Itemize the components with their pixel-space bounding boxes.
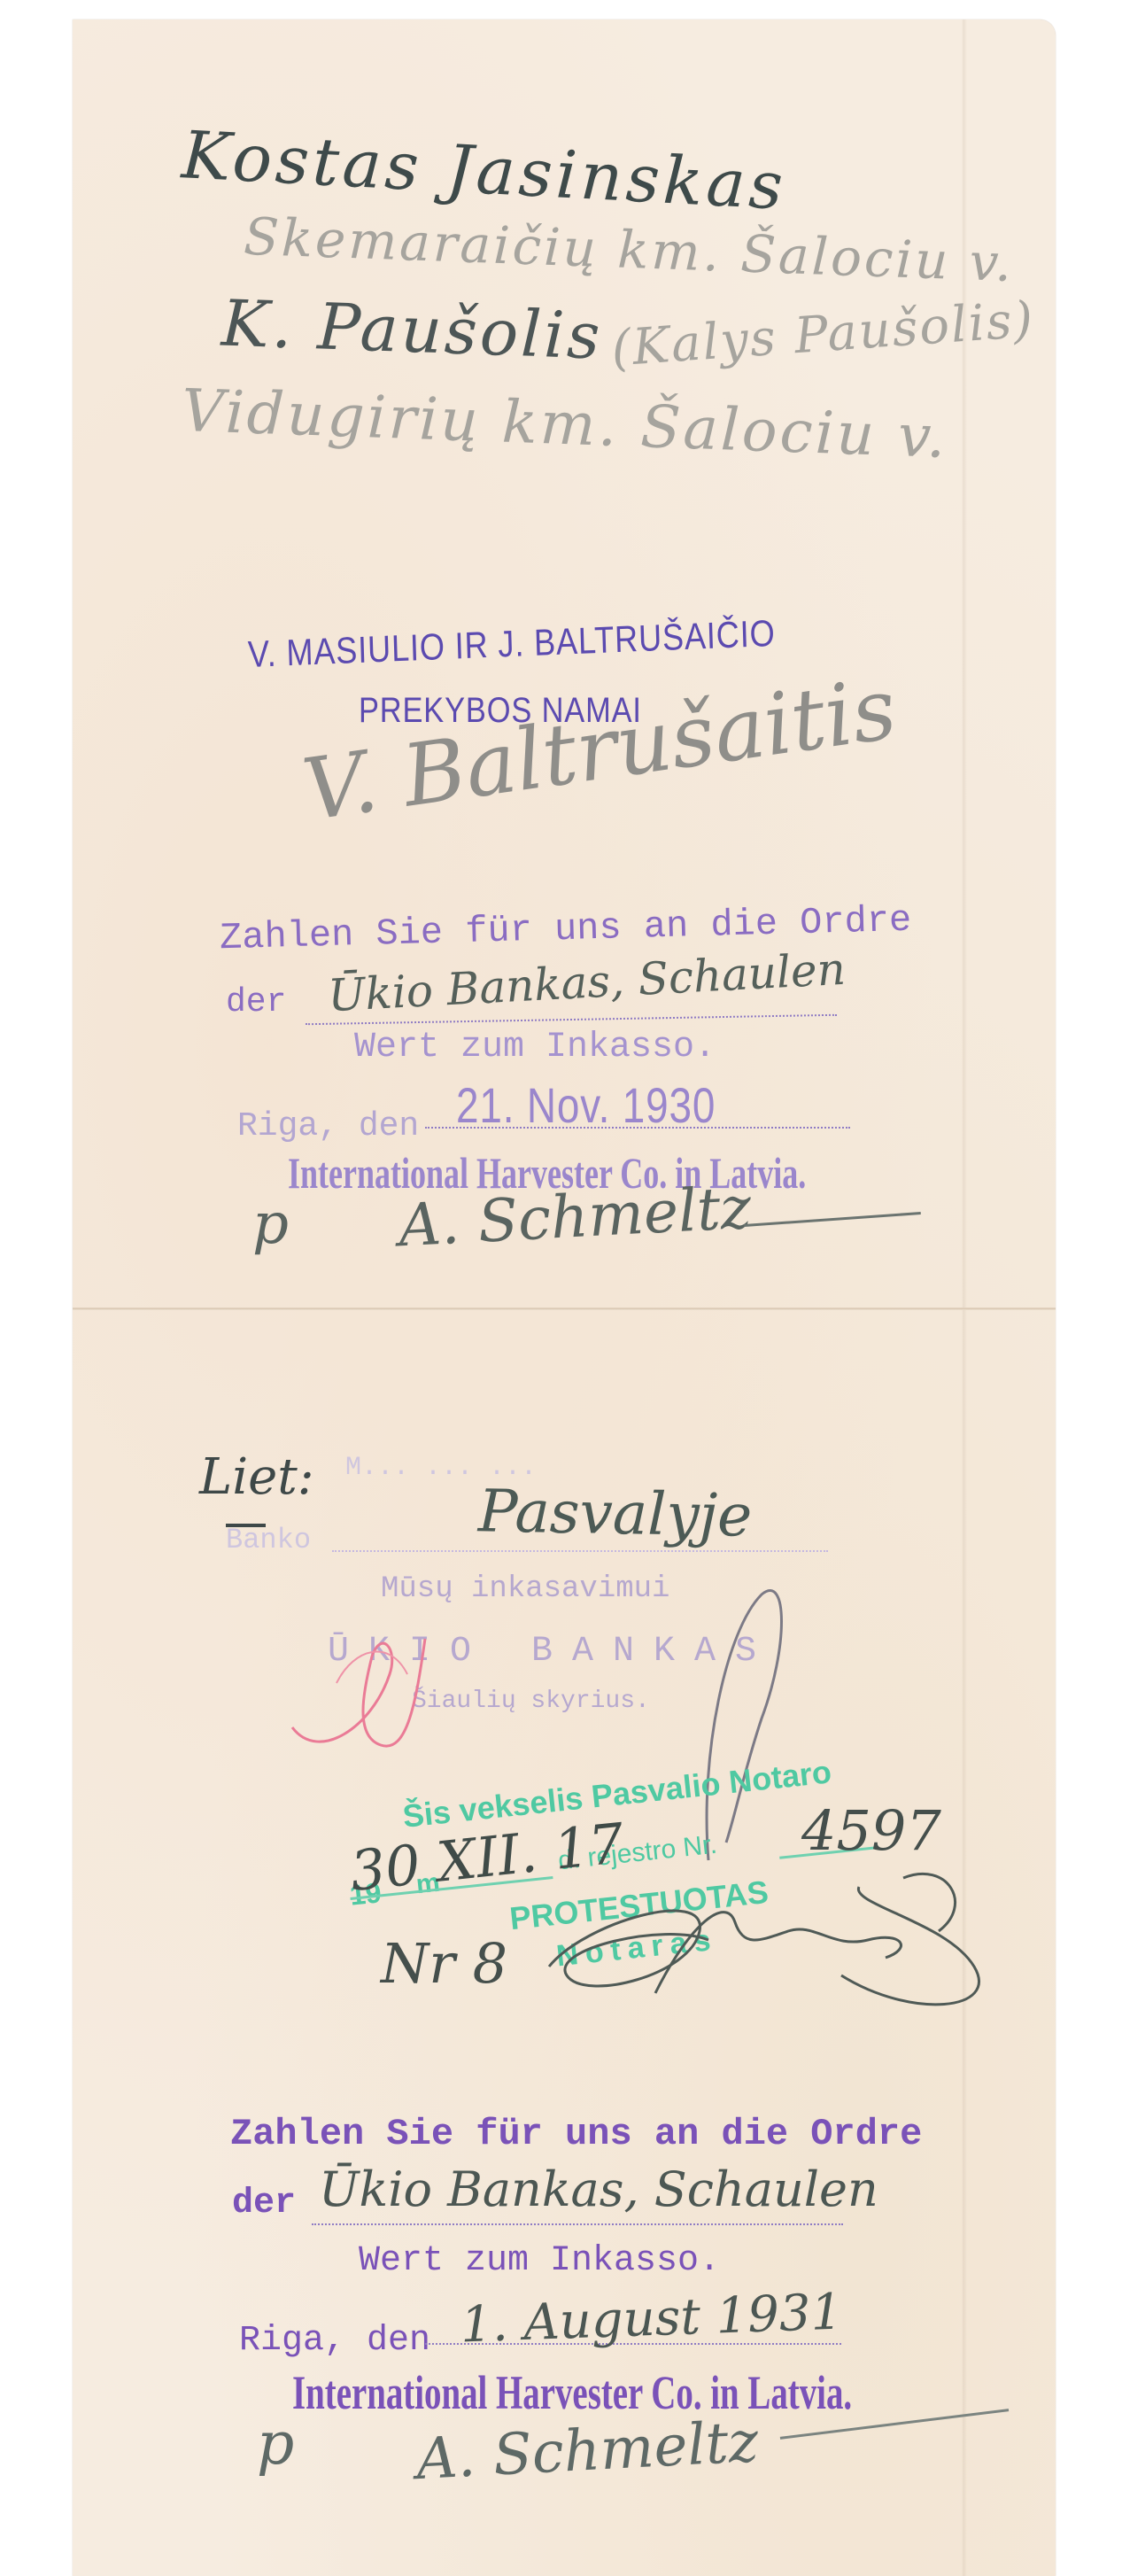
place-pasvalyje: Pasvalyje (477, 1477, 753, 1549)
notary-hand-number: 4597 (801, 1798, 941, 1863)
notary-hand-mark: Nr 8 (381, 1931, 507, 1996)
endorsement2-company: International Harvester Co. in Latvia. (292, 2365, 852, 2420)
faint-stamp-line2: Banko (226, 1524, 311, 1556)
endorsement2-per: p (257, 2409, 294, 2478)
endorsement2-payee-line (312, 2223, 843, 2225)
endorsement1-per: p (252, 1191, 289, 1257)
faint-stamp-dotted-line (332, 1550, 828, 1552)
endorsement1-value-line: Wert zum Inkasso. (354, 1028, 716, 1067)
notary-signature-icon (531, 1869, 1010, 2029)
endorsement1-der-label: der (226, 983, 286, 1021)
faint-stamp-line3: Mūsų inkasavimui (381, 1572, 669, 1606)
handwritten-name-2: K. Paušolis (221, 286, 604, 374)
red-pencil-mark-icon (283, 1621, 460, 1754)
endorsement1-place-label: Riga, den (237, 1107, 419, 1145)
liet-label: Liet: (199, 1448, 314, 1506)
endorsement2-der-label: der (232, 2184, 296, 2223)
paper-fold-line (73, 1307, 1056, 1310)
endorsement2-place-label: Riga, den (239, 2321, 430, 2361)
endorsement2-value-line: Wert zum Inkasso. (359, 2241, 720, 2281)
endorsement2-payee: Ūkio Bankas, Schaulen (319, 2161, 878, 2217)
pencil-loop-mark-icon (691, 1577, 797, 1869)
endorsement2-pay-line: Zahlen Sie für uns an die Ordre (230, 2113, 922, 2155)
endorsement1-date: 21. Nov. 1930 (456, 1076, 716, 1134)
